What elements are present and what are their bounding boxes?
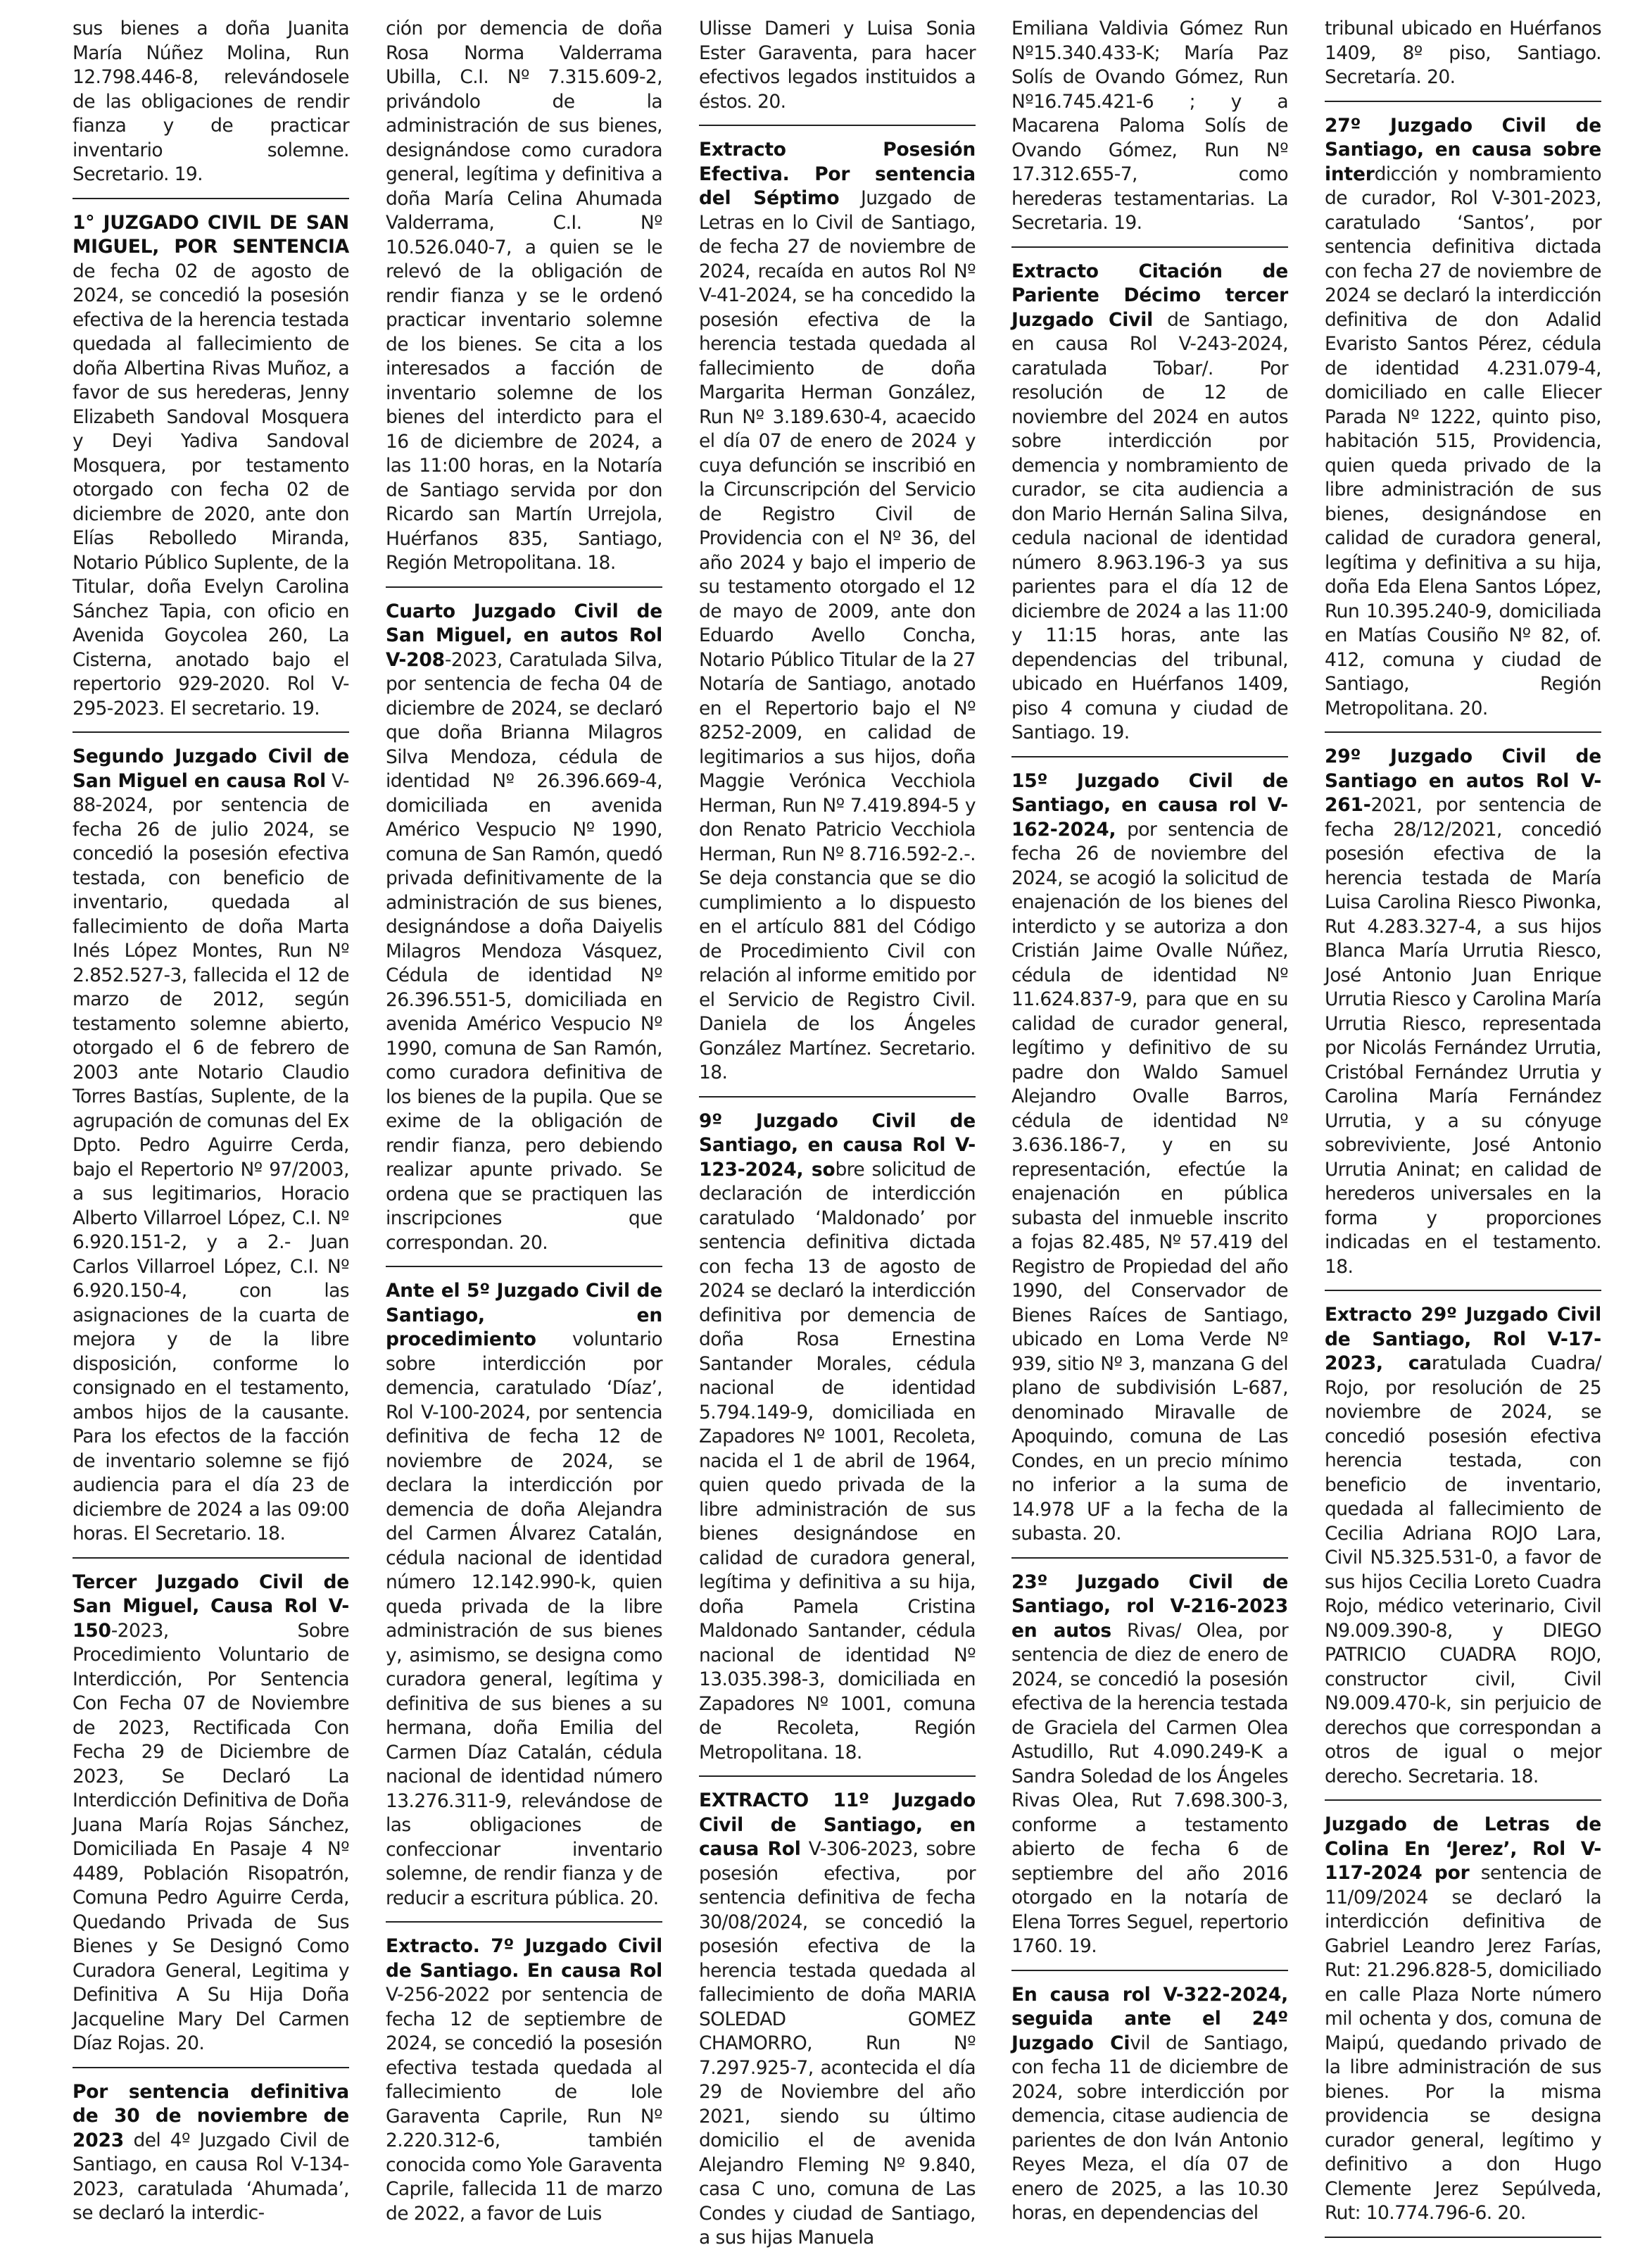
notice-body: V-88-2024, por sentencia de fecha 26 de … <box>72 770 349 1545</box>
notice-body: -2023, Caratulada Silva, por sentencia d… <box>386 649 662 1254</box>
notice-body: tribunal ubicado en Huérfanos 1409, 8º p… <box>1325 18 1601 88</box>
notice: Juzgado de Letras de Colina En ‘Jerez’, … <box>1325 1813 1601 2226</box>
notice: Tercer Juzgado Civil de San Miguel, Caus… <box>72 1571 349 2056</box>
notice: En causa rol V-322-2024, seguida ante el… <box>1011 1983 1288 2226</box>
divider <box>1325 101 1601 102</box>
notice-body: ción por demencia de doña Rosa Norma Val… <box>386 18 662 574</box>
divider <box>1325 1290 1601 1291</box>
notice-heading: Extracto. 7º Juzgado Civil de Santiago. … <box>386 1935 662 1982</box>
notice: 1° JUZGADO CIVIL DE SAN MIGUEL, POR SENT… <box>72 211 349 722</box>
divider <box>1325 731 1601 733</box>
legal-notices-page: sus bienes a doña Juanita María Núñez Mo… <box>0 0 1652 2264</box>
notice-body: -2023, Sobre Procedimiento Voluntario de… <box>72 1620 349 2055</box>
notice-body: de fecha 02 de agosto de 2024, se conced… <box>72 260 349 719</box>
notice-body: bre solicitud de declaración de interdic… <box>699 1159 976 1763</box>
notice-continuation: tribunal ubicado en Huérfanos 1409, 8º p… <box>1325 17 1601 90</box>
divider <box>72 731 349 733</box>
notice-body: vil de Santiago, con fecha 11 de diciemb… <box>1011 2032 1288 2225</box>
notice-body: Rivas/ Olea, por sentencia de diez de en… <box>1011 1620 1288 1958</box>
column-1: sus bienes a doña Juanita María Núñez Mo… <box>72 17 349 2226</box>
notice: Extracto Citación de Pariente Décimo ter… <box>1011 260 1288 746</box>
divider <box>1011 1970 1288 1971</box>
notice: EXTRACTO 11º Juzgado Civil de Santiago, … <box>699 1789 976 2251</box>
notice-body: Juzgado de Letras en lo Civil de Santiag… <box>699 187 976 1083</box>
notice-body: por sentencia de fecha 26 de noviembre d… <box>1011 819 1288 1545</box>
divider <box>1011 756 1288 757</box>
notice-body: Emiliana Valdivia Gómez Run Nº15.340.433… <box>1011 18 1288 234</box>
notice: 29º Juzgado Civil de Santiago en autos R… <box>1325 745 1601 1279</box>
divider <box>72 1557 349 1559</box>
column-2: ción por demencia de doña Rosa Norma Val… <box>386 17 662 2226</box>
notice-body: V-306-2023, sobre posesión efectiva, por… <box>699 1838 976 2249</box>
notice-continuation: sus bienes a doña Juanita María Núñez Mo… <box>72 17 349 187</box>
notice: 23º Juzgado Civil de Santiago, rol V-216… <box>1011 1571 1288 1959</box>
notice-body: sus bienes a doña Juanita María Núñez Mo… <box>72 18 349 185</box>
divider <box>1325 2237 1601 2238</box>
divider <box>699 1775 976 1777</box>
column-3: Ulisse Dameri y Luisa Sonia Ester Garave… <box>699 17 976 2251</box>
divider <box>699 125 976 126</box>
notice-body: V-256-2022 por sentencia de fecha 12 de … <box>386 1984 662 2225</box>
divider <box>386 1921 662 1923</box>
divider <box>1011 1557 1288 1559</box>
notice-body: 2021, por sentencia de fecha 28/12/2021,… <box>1325 794 1601 1278</box>
notice: Por sentencia definitiva de 30 de noviem… <box>72 2080 349 2226</box>
notice: 9º Juzgado Civil de Santiago, en causa R… <box>699 1109 976 1766</box>
divider <box>72 198 349 199</box>
divider <box>1011 246 1288 248</box>
divider <box>699 1096 976 1098</box>
notice-body: de Santiago, en causa Rol V-243-2024, ca… <box>1011 309 1288 744</box>
notice: 15º Juzgado Civil de Santiago, en causa … <box>1011 769 1288 1547</box>
notice-heading: Segundo Juzgado Civil de San Miguel en c… <box>72 746 349 792</box>
notice: Extracto. 7º Juzgado Civil de Santiago. … <box>386 1935 662 2226</box>
notice: Ante el 5º Juzgado Civil de Santiago, en… <box>386 1279 662 1911</box>
notice-continuation: ción por demencia de doña Rosa Norma Val… <box>386 17 662 576</box>
divider <box>72 2067 349 2068</box>
notice-body: ratulada Cuadra/ Rojo, por resolución de… <box>1325 1352 1601 1787</box>
divider <box>1325 1799 1601 1801</box>
notice-body: dicción y nombramiento de curador, Rol V… <box>1325 163 1601 719</box>
column-5: tribunal ubicado en Huérfanos 1409, 8º p… <box>1325 17 1601 2250</box>
notice: 27º Juzgado Civil de Santiago, en causa … <box>1325 114 1601 722</box>
column-4: Emiliana Valdivia Gómez Run Nº15.340.433… <box>1011 17 1288 2226</box>
notice: Extracto Posesión Efectiva. Por sentenci… <box>699 138 976 1086</box>
notice: Extracto 29º Juzgado Civil de Santiago, … <box>1325 1303 1601 1789</box>
notice: Segundo Juzgado Civil de San Miguel en c… <box>72 745 349 1547</box>
notice-heading: 1° JUZGADO CIVIL DE SAN MIGUEL, POR SENT… <box>72 212 349 258</box>
notice-body: voluntario sobre interdicción por demenc… <box>386 1328 662 1909</box>
notice-continuation: Ulisse Dameri y Luisa Sonia Ester Garave… <box>699 17 976 114</box>
notice: Cuarto Juzgado Civil de San Miguel, en a… <box>386 600 662 1256</box>
notice-body: Ulisse Dameri y Luisa Sonia Ester Garave… <box>699 18 976 113</box>
divider <box>386 586 662 588</box>
notice-body: sentencia de 11/09/2024 se declaró la in… <box>1325 1862 1601 2224</box>
divider <box>386 1266 662 1267</box>
notice-continuation: Emiliana Valdivia Gómez Run Nº15.340.433… <box>1011 17 1288 236</box>
